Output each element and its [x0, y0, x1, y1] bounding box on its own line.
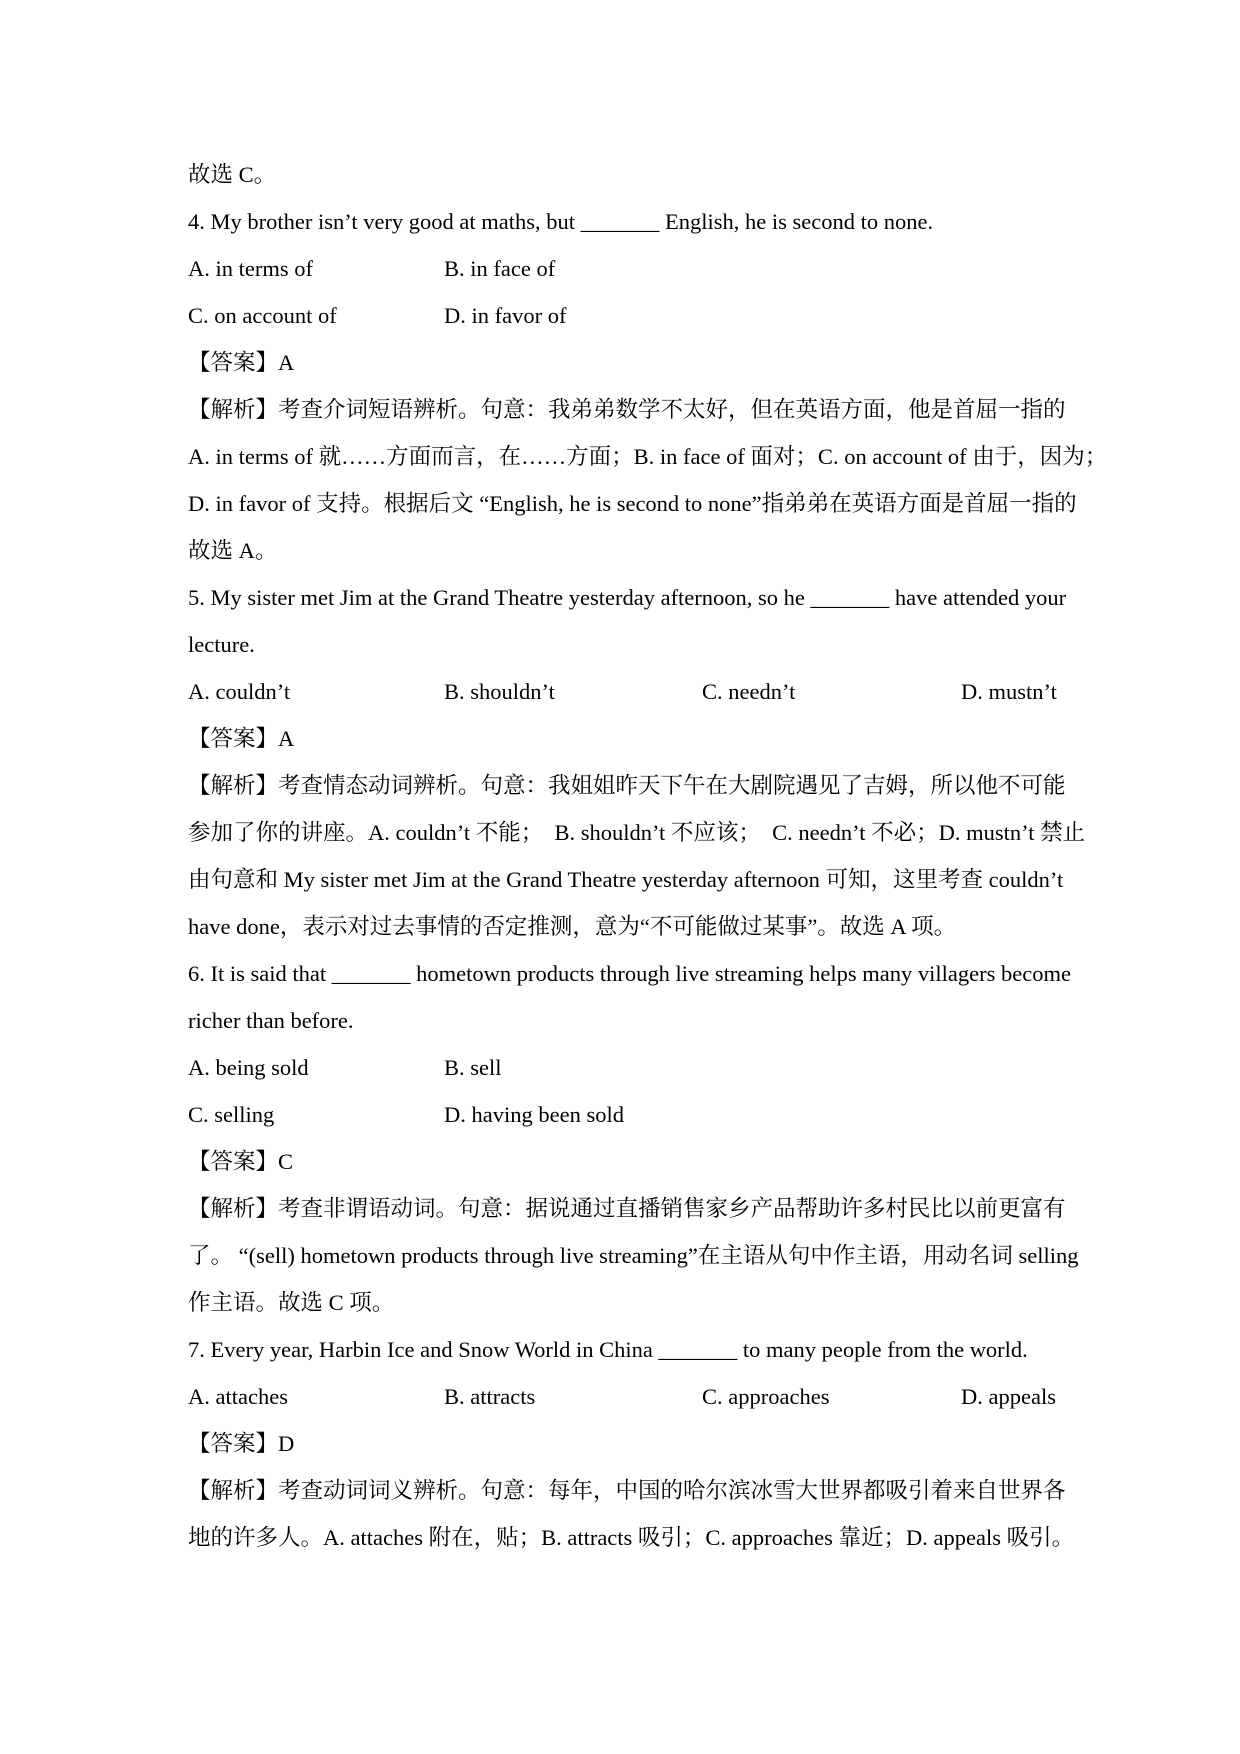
option-b: B. sell — [444, 1044, 502, 1091]
conclusion-line: 故选 C。 — [188, 151, 1058, 198]
question-line: 6. It is said that _______ hometown prod… — [188, 950, 1058, 997]
analysis-line: 由句意和 My sister met Jim at the Grand Thea… — [188, 856, 1058, 903]
conclusion-line: 故选 A。 — [188, 527, 1058, 574]
analysis-line: 地的许多人。A. attaches 附在，贴；B. attracts 吸引；C.… — [188, 1514, 1058, 1561]
analysis-line: 【解析】考查情态动词辨析。句意：我姐姐昨天下午在大剧院遇见了吉姆，所以他不可能 — [188, 762, 1058, 809]
analysis-line: 作主语。故选 C 项。 — [188, 1279, 1058, 1326]
options-row: A. couldn’t B. shouldn’t C. needn’t D. m… — [188, 668, 1058, 715]
option-b: B. attracts — [444, 1373, 535, 1420]
analysis-line: 【解析】考查介词短语辨析。句意：我弟弟数学不太好，但在英语方面，他是首屈一指的 — [188, 386, 1058, 433]
analysis-line: D. in favor of 支持。根据后文 “English, he is s… — [188, 480, 1058, 527]
option-a: A. in terms of — [188, 245, 313, 292]
document-content: 故选 C。 4. My brother isn’t very good at m… — [188, 151, 1058, 1561]
options-row: A. being sold B. sell — [188, 1044, 1058, 1091]
option-c: C. on account of — [188, 292, 337, 339]
question-line: 4. My brother isn’t very good at maths, … — [188, 198, 1058, 245]
option-c: C. approaches — [702, 1373, 829, 1420]
option-b: B. shouldn’t — [444, 668, 555, 715]
analysis-line: 【解析】考查非谓语动词。句意：据说通过直播销售家乡产品帮助许多村民比以前更富有 — [188, 1185, 1058, 1232]
analysis-line: have done，表示对过去事情的否定推测，意为“不可能做过某事”。故选 A … — [188, 903, 1058, 950]
analysis-line: 了。 “(sell) hometown products through liv… — [188, 1232, 1058, 1279]
option-d: D. appeals — [961, 1373, 1056, 1420]
options-row: A. attaches B. attracts C. approaches D.… — [188, 1373, 1058, 1420]
analysis-line: 参加了你的讲座。A. couldn’t 不能； B. shouldn’t 不应该… — [188, 809, 1058, 856]
answer-line: 【答案】A — [188, 715, 1058, 762]
option-c: C. needn’t — [702, 668, 795, 715]
option-d: D. in favor of — [444, 292, 566, 339]
option-c: C. selling — [188, 1091, 274, 1138]
analysis-line: 【解析】考查动词词义辨析。句意：每年，中国的哈尔滨冰雪大世界都吸引着来自世界各 — [188, 1467, 1058, 1514]
option-a: A. being sold — [188, 1044, 309, 1091]
option-a: A. attaches — [188, 1373, 288, 1420]
options-row: C. selling D. having been sold — [188, 1091, 1058, 1138]
question-line-continued: richer than before. — [188, 997, 1058, 1044]
document-page: 故选 C。 4. My brother isn’t very good at m… — [0, 0, 1240, 1754]
answer-line: 【答案】D — [188, 1420, 1058, 1467]
options-row: C. on account of D. in favor of — [188, 292, 1058, 339]
answer-line: 【答案】A — [188, 339, 1058, 386]
question-line-continued: lecture. — [188, 621, 1058, 668]
option-d: D. mustn’t — [961, 668, 1057, 715]
option-a: A. couldn’t — [188, 668, 290, 715]
question-line: 7. Every year, Harbin Ice and Snow World… — [188, 1326, 1058, 1373]
answer-line: 【答案】C — [188, 1138, 1058, 1185]
option-d: D. having been sold — [444, 1091, 624, 1138]
option-b: B. in face of — [444, 245, 555, 292]
options-row: A. in terms of B. in face of — [188, 245, 1058, 292]
analysis-line: A. in terms of 就……方面而言，在……方面；B. in face … — [188, 433, 1058, 480]
question-line: 5. My sister met Jim at the Grand Theatr… — [188, 574, 1058, 621]
